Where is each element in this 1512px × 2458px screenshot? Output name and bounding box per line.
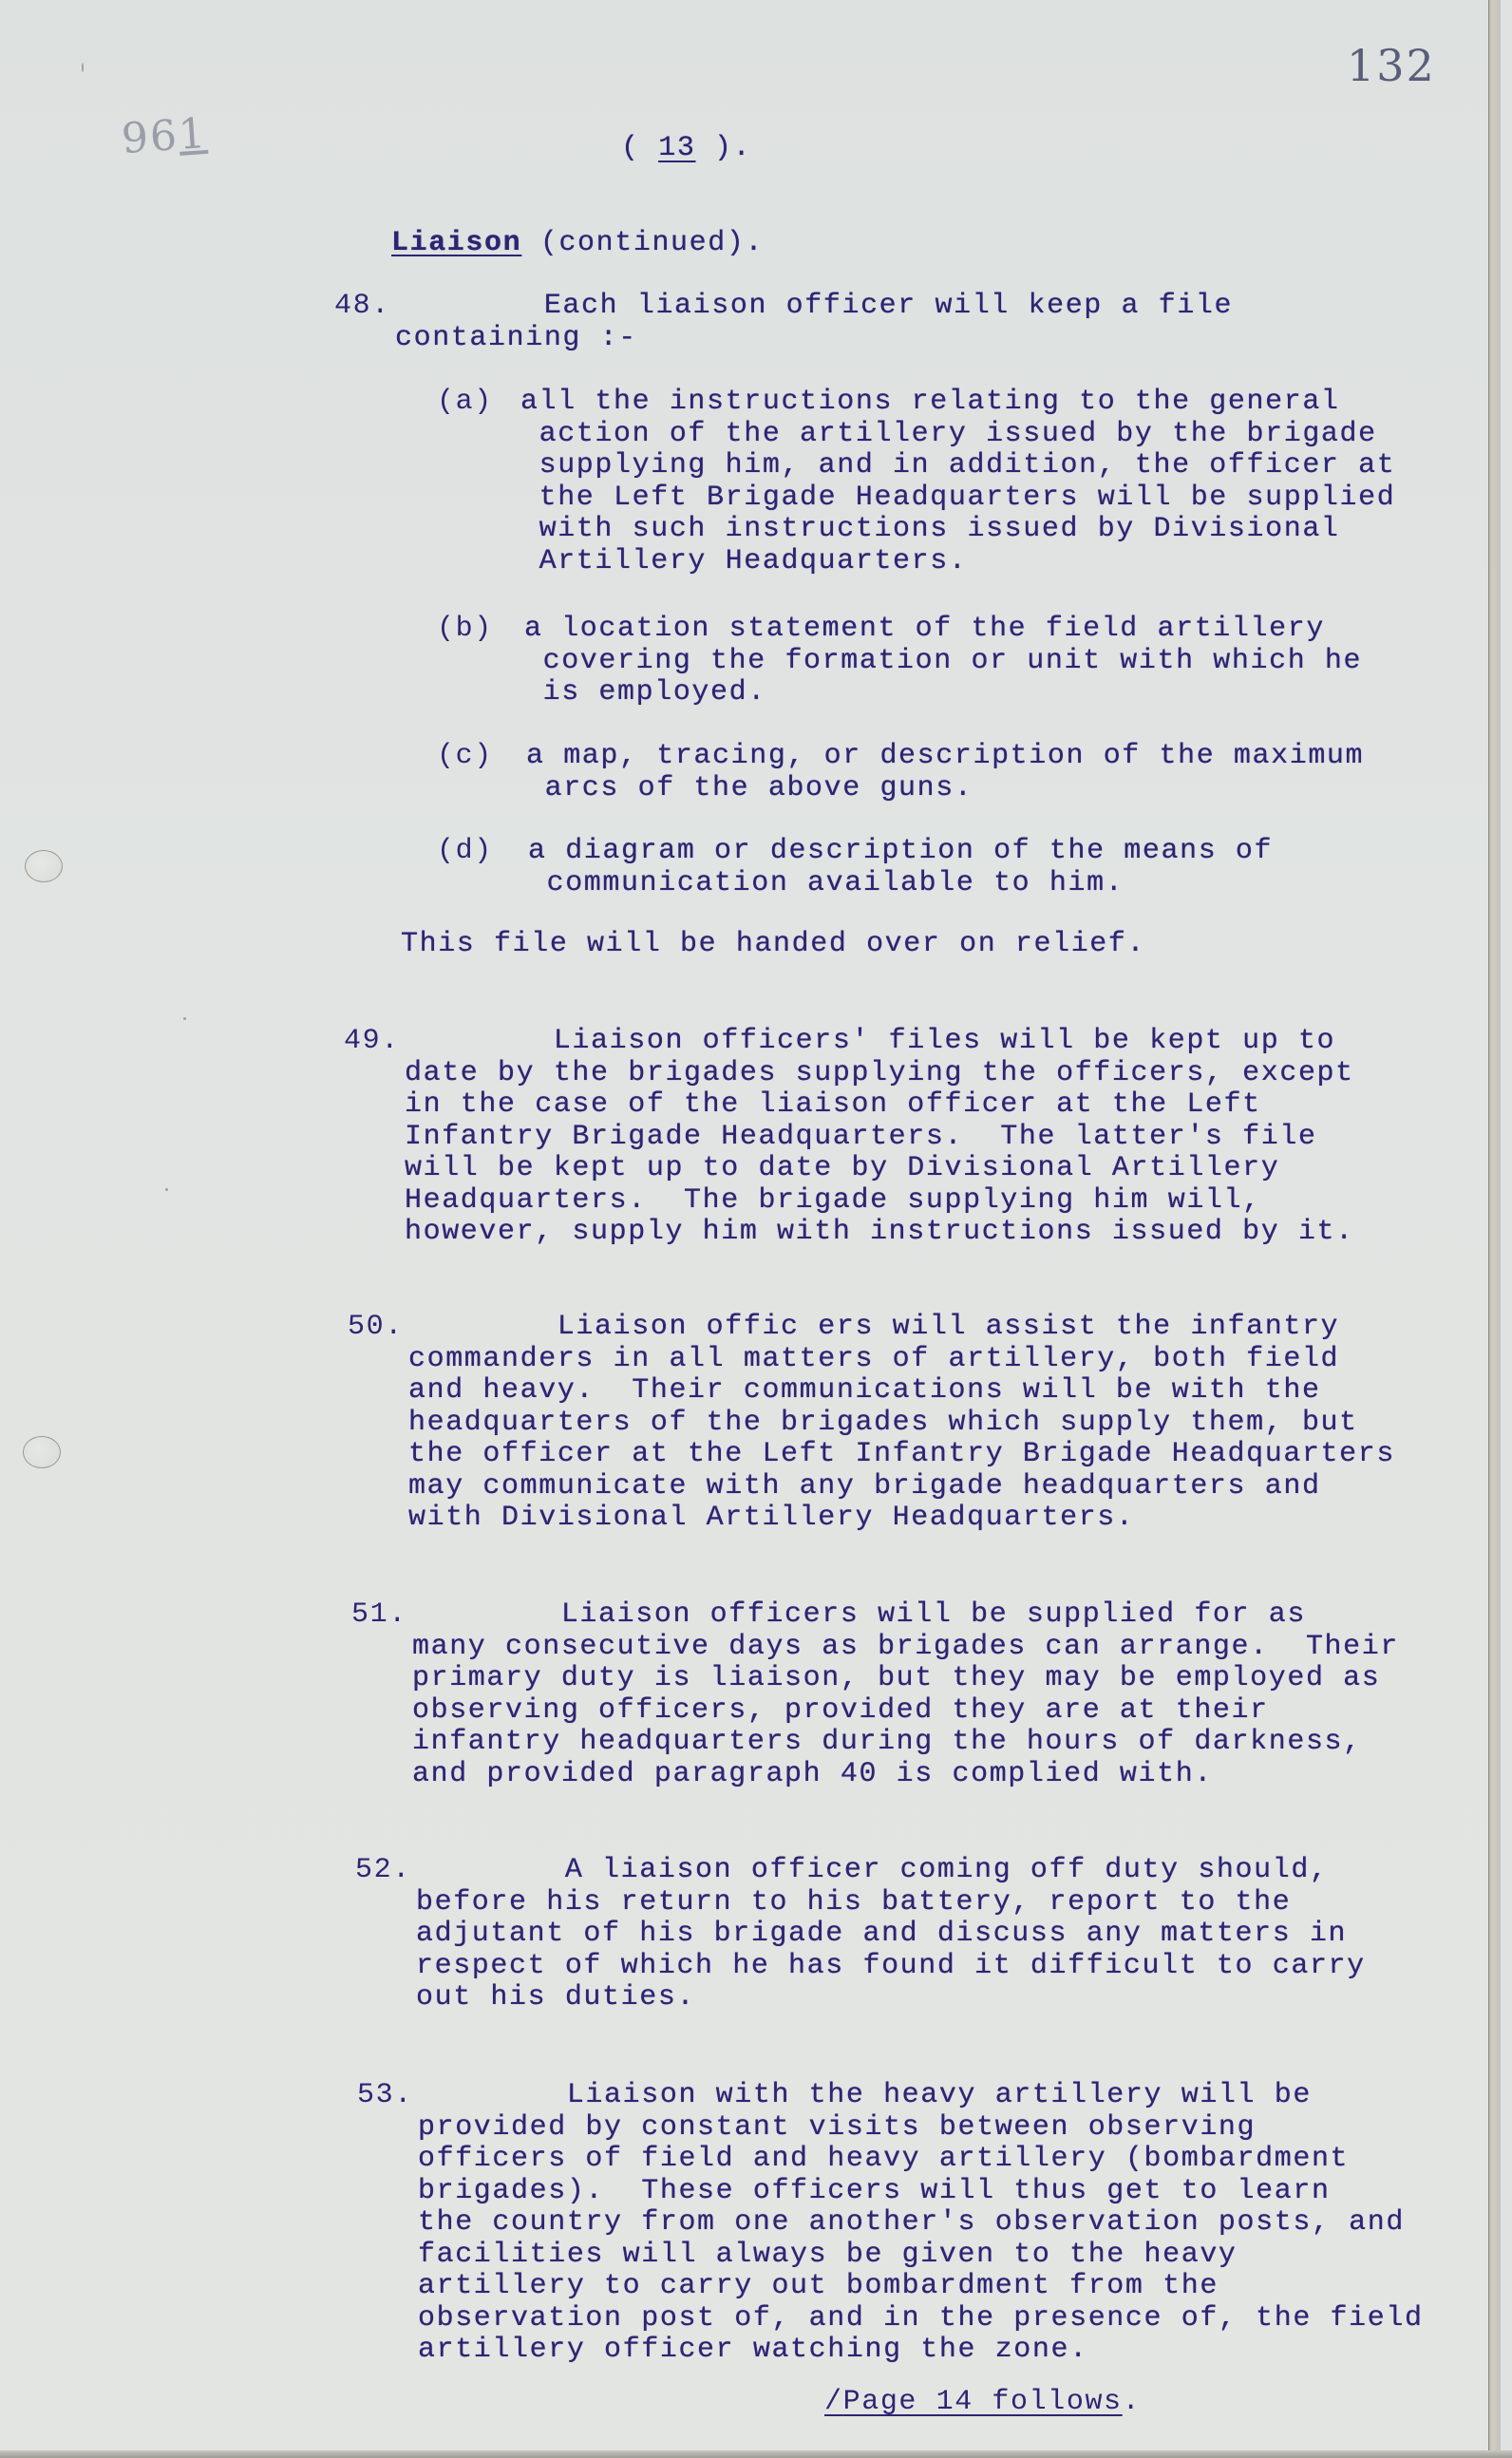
document-page: 961 132 ( 13 ). Liaison (continued). 48.… bbox=[0, 0, 1501, 2458]
paragraph-number: 52. bbox=[355, 1855, 411, 1886]
text-line: containing :- bbox=[395, 323, 1233, 355]
text-line: respect of which he has found it difficu… bbox=[416, 1951, 1366, 1983]
text-line: supplying him, and in addition, the offi… bbox=[520, 450, 1395, 482]
paragraph-number: 48. bbox=[334, 291, 390, 322]
text-line: may communicate with any brigade headqua… bbox=[408, 1471, 1395, 1503]
text-line: adjutant of his brigade and discuss any … bbox=[416, 1919, 1366, 1951]
text-line: arcs of the above guns. bbox=[526, 773, 1364, 805]
text-line: A liaison officer coming off duty should… bbox=[416, 1855, 1366, 1887]
paragraph-number: 50. bbox=[348, 1312, 404, 1343]
text-line: Liaison offic ers will assist the infant… bbox=[408, 1312, 1395, 1344]
text-line: artillery officer watching the zone. bbox=[418, 2335, 1424, 2367]
text-line: a map, tracing, or description of the ma… bbox=[526, 741, 1364, 773]
list-item-d-text: a diagram or description of the means of… bbox=[528, 836, 1273, 899]
text-line: artillery to carry out bombardment from … bbox=[418, 2271, 1424, 2303]
section-heading-suffix: (continued). bbox=[521, 227, 764, 259]
paragraph-48-text: Each liaison officer will keep a filecon… bbox=[395, 291, 1233, 354]
archive-folio-number-left: 961 bbox=[120, 109, 208, 163]
paper-speck bbox=[165, 1188, 168, 1191]
text-line: observing officers, provided they are at… bbox=[412, 1695, 1399, 1728]
text-line: with such instructions issued by Divisio… bbox=[520, 514, 1395, 546]
page-number-value: 13 bbox=[658, 132, 695, 164]
text-line: all the instructions relating to the gen… bbox=[520, 387, 1395, 419]
paper-speck bbox=[82, 63, 84, 72]
text-line: Each liaison officer will keep a file bbox=[395, 291, 1233, 323]
section-heading-title: Liaison bbox=[391, 227, 521, 259]
paragraph-number: 51. bbox=[351, 1599, 407, 1631]
punch-hole-top bbox=[25, 850, 63, 882]
text-line: action of the artillery issued by the br… bbox=[520, 419, 1395, 451]
list-item-a-text: all the instructions relating to the gen… bbox=[520, 387, 1395, 577]
text-line: Liaison with the heavy artillery will be bbox=[418, 2080, 1424, 2112]
text-line: and provided paragraph 40 is complied wi… bbox=[412, 1759, 1399, 1791]
text-line: in the case of the liaison officer at th… bbox=[405, 1089, 1354, 1122]
paper-speck bbox=[183, 1017, 186, 1020]
text-line: the Left Brigade Headquarters will be su… bbox=[520, 482, 1395, 515]
text-line: many consecutive days as brigades can ar… bbox=[412, 1632, 1399, 1664]
section-heading: Liaison (continued). bbox=[391, 228, 764, 259]
text-line: will be kept up to date by Divisional Ar… bbox=[405, 1153, 1354, 1185]
text-line: commanders in all matters of artillery, … bbox=[408, 1344, 1395, 1376]
text-line: date by the brigades supplying the offic… bbox=[405, 1058, 1354, 1090]
list-item-c-text: a map, tracing, or description of the ma… bbox=[526, 741, 1364, 804]
text-line: facilities will always be given to the h… bbox=[418, 2240, 1424, 2272]
paragraph-48-closing: This file will be handed over on relief. bbox=[401, 929, 1145, 961]
text-line: Infantry Brigade Headquarters. The latte… bbox=[405, 1122, 1354, 1154]
paragraph-50-text: Liaison offic ers will assist the infant… bbox=[408, 1312, 1395, 1535]
folio-left-fraction: 1 bbox=[177, 109, 208, 160]
list-item-label: (c) bbox=[437, 741, 493, 772]
paragraph-49-text: Liaison officers' files will be kept up … bbox=[405, 1026, 1354, 1249]
text-line: out his duties. bbox=[416, 1982, 1366, 2014]
text-line: a diagram or description of the means of bbox=[528, 836, 1273, 868]
list-item-label: (d) bbox=[437, 836, 493, 867]
folio-left-main: 96 bbox=[120, 111, 180, 163]
text-line: the officer at the Left Infantry Brigade… bbox=[408, 1439, 1395, 1471]
paragraph-52-text: A liaison officer coming off duty should… bbox=[416, 1855, 1366, 2014]
text-line: primary duty is liaison, but they may be… bbox=[412, 1663, 1399, 1695]
footer-period: . bbox=[1123, 2386, 1142, 2418]
paragraph-51-text: Liaison officers will be supplied for as… bbox=[412, 1599, 1399, 1790]
text-line: Liaison officers will be supplied for as bbox=[412, 1599, 1399, 1632]
page-number-open: ( bbox=[621, 132, 658, 164]
list-item-b-text: a location statement of the field artill… bbox=[524, 614, 1362, 709]
text-line: Headquarters. The brigade supplying him … bbox=[405, 1185, 1354, 1218]
page-number-close: ). bbox=[695, 132, 751, 164]
text-line: a location statement of the field artill… bbox=[524, 614, 1362, 646]
footer-note-text: Page 14 follows bbox=[843, 2386, 1123, 2418]
punch-hole-bottom bbox=[23, 1436, 61, 1468]
page-right-edge bbox=[1488, 0, 1501, 2458]
text-line: the country from one another's observati… bbox=[418, 2207, 1424, 2240]
archive-folio-number-right: 132 bbox=[1347, 40, 1436, 91]
page-bottom-edge bbox=[0, 2450, 1512, 2458]
text-line: Liaison officers' files will be kept up … bbox=[405, 1026, 1354, 1058]
paragraph-number: 53. bbox=[357, 2080, 413, 2111]
text-line: is employed. bbox=[524, 677, 1362, 709]
text-line: with Divisional Artillery Headquarters. bbox=[408, 1503, 1395, 1535]
text-line: however, supply him with instructions is… bbox=[405, 1217, 1354, 1249]
list-item-label: (b) bbox=[437, 614, 493, 645]
text-line: brigades). These officers will thus get … bbox=[418, 2176, 1424, 2208]
text-line: covering the formation or unit with whic… bbox=[524, 646, 1362, 678]
text-line: observation post of, and in the presence… bbox=[418, 2303, 1424, 2335]
text-line: provided by constant visits between obse… bbox=[418, 2112, 1424, 2145]
page-number: ( 13 ). bbox=[621, 133, 751, 164]
text-line: and heavy. Their communications will be … bbox=[408, 1375, 1395, 1408]
text-line: officers of field and heavy artillery (b… bbox=[418, 2144, 1424, 2176]
text-line: headquarters of the brigades which suppl… bbox=[408, 1408, 1395, 1440]
footer-slash: / bbox=[824, 2386, 843, 2418]
text-line: before his return to his battery, report… bbox=[416, 1887, 1366, 1919]
text-line: communication available to him. bbox=[528, 868, 1273, 900]
list-item-label: (a) bbox=[437, 387, 493, 418]
text-line: Artillery Headquarters. bbox=[520, 546, 1395, 578]
text-line: infantry headquarters during the hours o… bbox=[412, 1727, 1399, 1759]
page-follows-note: /Page 14 follows. bbox=[824, 2387, 1141, 2418]
paragraph-53-text: Liaison with the heavy artillery will be… bbox=[418, 2080, 1424, 2367]
paragraph-number: 49. bbox=[344, 1026, 400, 1057]
